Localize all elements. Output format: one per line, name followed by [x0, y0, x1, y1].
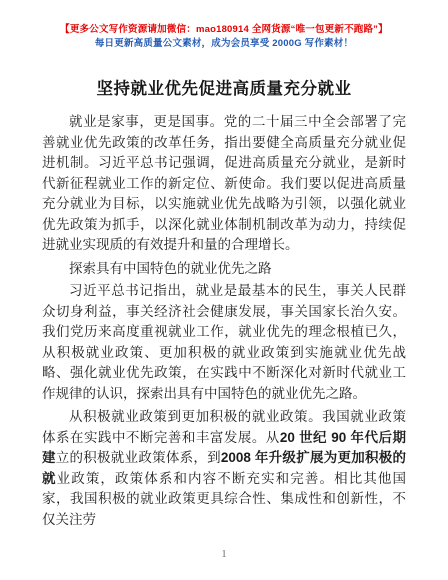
- ad-banner-line1: 【更多公文写作资源请加微信：mao180914 全网货源“唯一包更新不跑路”】: [42, 23, 406, 37]
- page-number: 1: [0, 549, 448, 560]
- ad-banner-line2: 每日更新高质量公文素材，成为会员享受 2000G 写作素材！: [42, 37, 406, 51]
- text-run: 习近平总书记指出，就业是最基本的民生，事关人民群众切身利益，事关经济社会健康发展…: [42, 283, 406, 401]
- section-subheading: 探索具有中国特色的就业优先之路: [42, 259, 406, 280]
- page-title: 坚持就业优先促进高质量充分就业: [42, 75, 406, 99]
- ad-banner: 【更多公文写作资源请加微信：mao180914 全网货源“唯一包更新不跑路”】 …: [42, 23, 406, 51]
- text-run: 立的积极就业政策体系，到: [56, 450, 221, 465]
- text-run: 业政策，政策体系和内容不断充实和完善。相比其他国家，我国积极的就业政策更具综合性…: [42, 471, 406, 527]
- paragraph: 从积极就业政策到更加积极的就业政策。我国就业政策体系在实践中不断完善和丰富发展。…: [42, 407, 406, 530]
- text-run: 探索具有中国特色的就业优先之路: [69, 261, 272, 276]
- paragraph: 就业是家事，更是国事。党的二十届三中全会部署了完善就业优先政策的改革任务，指出要…: [42, 112, 406, 256]
- text-run: 就业是家事，更是国事。党的二十届三中全会部署了完善就业优先政策的改革任务，指出要…: [42, 114, 406, 252]
- paragraph: 习近平总书记指出，就业是最基本的民生，事关人民群众切身利益，事关经济社会健康发展…: [42, 281, 406, 404]
- document-body: 就业是家事，更是国事。党的二十届三中全会部署了完善就业优先政策的改革任务，指出要…: [42, 112, 406, 530]
- document-page: 【更多公文写作资源请加微信：mao180914 全网货源“唯一包更新不跑路”】 …: [0, 0, 448, 580]
